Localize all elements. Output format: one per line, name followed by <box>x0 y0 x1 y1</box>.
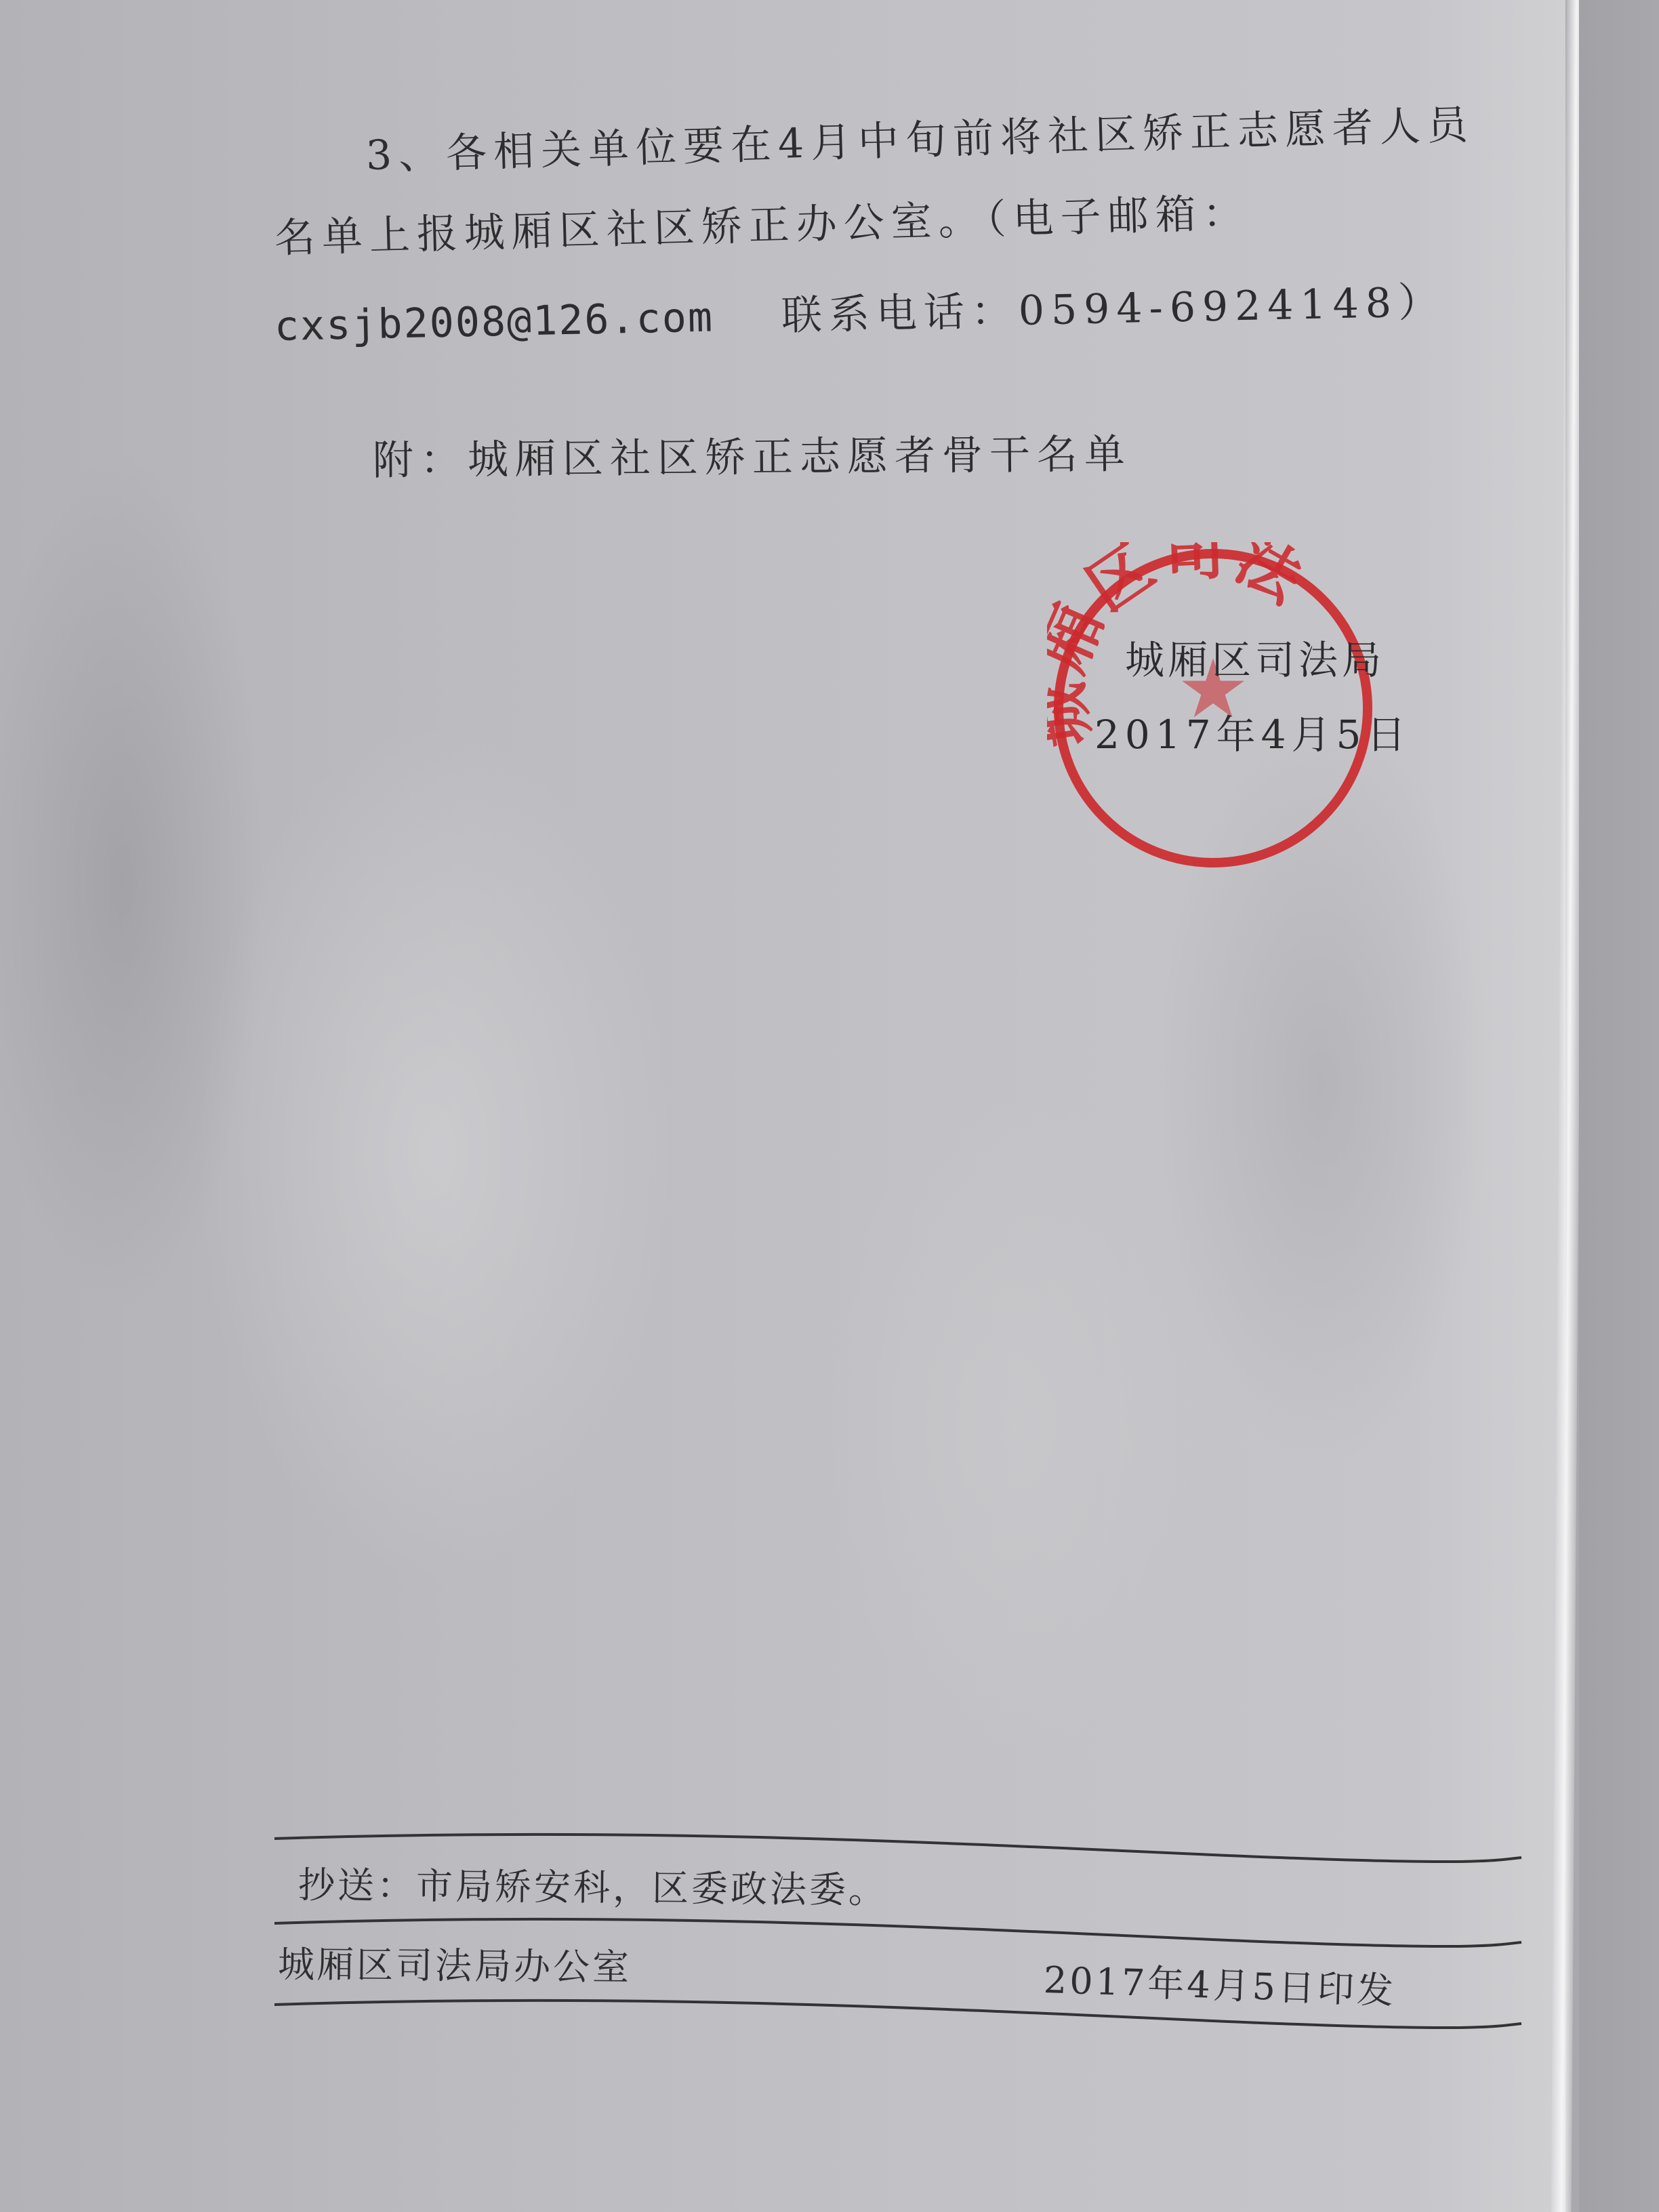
signing-authority: 城厢区司法局 <box>1125 640 1385 680</box>
cc-recipients: 市局矫安科，区委政法委。 <box>416 1865 888 1912</box>
signing-date: 2017年4月5日 <box>1094 715 1411 754</box>
official-seal-icon: 城厢区司法 ★ <box>1047 542 1379 874</box>
closing-paren: ） <box>1397 279 1446 327</box>
adjacent-page <box>1579 0 1659 2212</box>
contact-phone: 0594-6924148 <box>1018 279 1399 335</box>
contact-email: cxsjb2008@126.com <box>274 293 714 350</box>
phone-label: 联系电话： <box>781 287 1019 340</box>
cc-label: 抄送： <box>298 1864 417 1908</box>
cc-line: 抄送：市局矫安科，区委政法委。 <box>298 1867 888 1909</box>
issuing-office: 城厢区司法局办公室 <box>278 1946 632 1986</box>
